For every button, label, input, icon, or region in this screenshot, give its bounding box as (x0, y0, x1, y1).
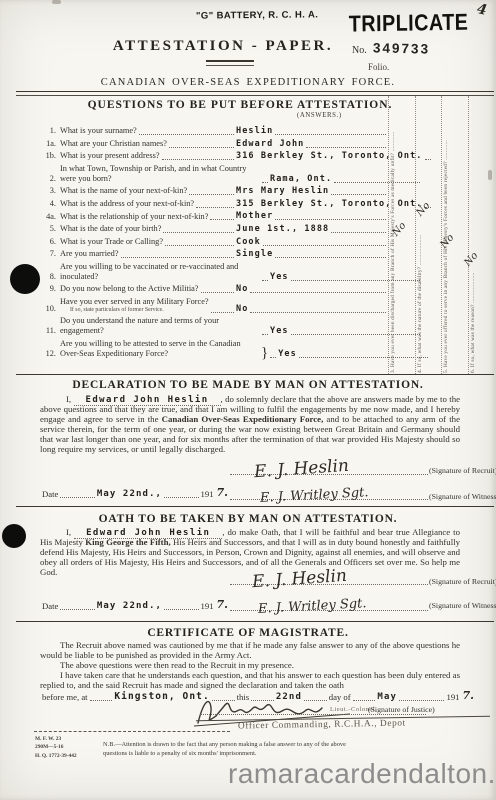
dotted-leader (90, 698, 113, 701)
section-rule (16, 374, 494, 375)
dotted-leader (250, 290, 386, 293)
recruit-signature-line: E. J. Heslin (230, 560, 428, 585)
dotted-leader (169, 145, 234, 148)
side-question: 6. If so, what was the reason? .........… (468, 96, 495, 374)
dotted-leader (331, 192, 386, 195)
witness-signature-line: E. J. Writley Sgt. (230, 588, 428, 611)
dotted-leader (263, 243, 386, 246)
dotted-leader (164, 607, 198, 610)
dotted-leader (189, 192, 234, 195)
answer-text: Cook (236, 237, 261, 247)
question-text: Do you understand the nature and terms o… (60, 316, 260, 336)
question-row: 2. In what Town, Township or Parish, and… (36, 164, 388, 184)
dotted-leader (275, 132, 386, 135)
question-number: 9. (36, 284, 60, 294)
folio-label: Folio. (368, 62, 389, 72)
question-row: 1b. What is your present address? 316 Be… (36, 151, 388, 161)
certificate-paragraphs: The Recruit above named was cautioned by… (40, 641, 460, 691)
nb-notice: N.B.—Attention is drawn to the fact that… (103, 741, 351, 758)
king-name-bold: King George the Fifth, (85, 537, 170, 547)
attestation-paper-scan: "G" BATTERY, R. C. H. A. TRIPLICATE 4 AT… (0, 0, 496, 800)
question-text: What is the address of your next-of-kin? (60, 199, 194, 209)
answer-cell: June 1st., 1888 (236, 224, 388, 234)
date-label: Date (42, 601, 58, 611)
year-digit-handwritten: 7. (463, 689, 474, 702)
question-text: What is your present address? (60, 151, 160, 161)
dotted-leader (165, 243, 234, 246)
question-number: 1. (36, 126, 60, 136)
question-row: 4. What is the address of your next-of-k… (36, 199, 388, 209)
answer-text: Heslin (236, 126, 273, 136)
section-rule (16, 506, 494, 507)
watermark-text: ramaracardendalton.com (228, 758, 496, 790)
answer-cell: 316 Berkley St., Toronto, Ont. (236, 151, 388, 161)
answer-cell: No (236, 284, 388, 294)
witness-signature: E. J. Writley Sgt. (260, 485, 369, 506)
answer-text: Yes (278, 349, 297, 359)
question-text-main: Have you ever served in any Military For… (60, 297, 209, 306)
recruit-signature-line: E. J. Heslin (230, 452, 428, 475)
triplicate-stamp: TRIPLICATE (349, 10, 469, 38)
dotted-leader (196, 205, 234, 208)
question-text: Are you willing to be attested to serve … (60, 339, 260, 359)
dotted-leader (250, 310, 386, 313)
force-name: CANADIAN OVER-SEAS EXPEDITIONARY FORCE. (0, 77, 496, 88)
scan-artifact (52, 0, 61, 4)
question-number: 11. (36, 326, 60, 336)
certificate-paragraph: I have taken care that he understands ea… (40, 671, 460, 691)
recruit-signature-label: (Signature of Recruit) (429, 577, 496, 586)
question-row: 9. Do you now belong to the Active Milit… (36, 284, 388, 294)
question-number: 5. (36, 224, 60, 234)
question-number: 2. (36, 174, 60, 184)
question-text: Do you now belong to the Active Militia? (60, 284, 199, 294)
form-code: H. Q. 1772-39-442 (35, 752, 77, 760)
question-row: 7. Are you married? Single (36, 249, 388, 259)
witness-signature-label: (Signature of Witness) (429, 601, 496, 610)
oath-date-row: Date May 22nd., 191 7. (42, 598, 228, 611)
question-number: 6. (36, 237, 60, 247)
dotted-leader (331, 230, 386, 233)
certificate-title: CERTIFICATE OF MAGISTRATE. (0, 627, 496, 639)
questions-list: 1. What is your surname? Heslin 1a. What… (36, 126, 388, 361)
answer-text: No (236, 284, 248, 294)
side-questions-column: 3. Have you ever been discharged from an… (388, 96, 494, 374)
dotted-leader (211, 310, 234, 313)
dotted-leader (60, 495, 94, 498)
dotted-leader (275, 217, 386, 220)
number-label: No. (352, 45, 367, 56)
answer-text: No (236, 304, 248, 314)
question-row: 8. Are you willing to be vaccinated or r… (36, 262, 388, 282)
answer-cell: Heslin (236, 126, 388, 136)
dotted-leader (201, 290, 235, 293)
serial-number-stamp: 349733 (373, 40, 430, 56)
dotted-leader (162, 157, 234, 160)
document-title: ATTESTATION - PAPER. (98, 38, 348, 55)
question-text: What is the date of your birth? (60, 224, 161, 234)
answer-text: Yes (270, 326, 289, 336)
answer-text: Edward John (236, 139, 304, 149)
dotted-leader (306, 145, 386, 148)
answer-cell: Cook (236, 237, 388, 247)
answer-text: Mother (236, 211, 273, 221)
answer-text: June 1st., 1888 (236, 224, 329, 234)
question-text: What is your surname? (60, 126, 137, 136)
question-text: In what Town, Township or Parish, and in… (60, 164, 260, 184)
question-text: Are you married? (60, 249, 119, 259)
declaration-intro: I, (66, 394, 71, 404)
question-row: 6. What is your Trade or Calling? Cook (36, 237, 388, 247)
before-me-label: before me, at (42, 692, 88, 702)
answer-cell: Single (236, 249, 388, 259)
punch-hole (2, 524, 26, 548)
answer-text: Mrs Mary Heslin (236, 186, 329, 196)
question-row: 3. What is the name of your next-of-kin?… (36, 186, 388, 196)
year-printed: 191 (201, 601, 214, 611)
brace-glyph: } (261, 348, 268, 359)
question-text: What is your Trade or Calling? (60, 237, 163, 247)
answer-cell: No (236, 304, 388, 314)
question-note: If so, state particulars of former Servi… (70, 307, 209, 314)
witness-signature: E. J. Writley Sgt. (258, 596, 367, 617)
question-number: 10. (36, 304, 60, 314)
question-text: What is the name of your next-of-kin? (60, 186, 187, 196)
certificate-paragraph: The Recruit above named was cautioned by… (40, 641, 460, 661)
declaration-date-row: Date May 22nd., 191 7. (42, 486, 228, 499)
force-name-bold: Canadian Over-Seas Expeditionary Force, (162, 414, 324, 424)
question-number: 3. (36, 186, 60, 196)
witness-signature-line: E. J. Writley Sgt. (230, 477, 428, 500)
date-typed: May 22nd., (97, 489, 162, 499)
year-digit-handwritten: 7. (217, 486, 228, 499)
justice-signature-label: (Signature of Justice) (368, 705, 435, 714)
question-row: 5. What is the date of your birth? June … (36, 224, 388, 234)
question-number: 7. (36, 249, 60, 259)
oath-title: OATH TO BE TAKEN BY MAN ON ATTESTATION. (0, 513, 496, 525)
answer-cell: Mrs Mary Heslin (236, 186, 388, 196)
dotted-leader (210, 217, 234, 220)
side-question-text: 6. If so, what was the reason? .........… (470, 97, 494, 373)
question-number: 4. (36, 199, 60, 209)
declaration-title: DECLARATION TO BE MADE BY MAN ON ATTESTA… (0, 379, 496, 391)
question-text: What are your Christian names? (60, 139, 167, 149)
date-label: Date (42, 489, 58, 499)
handwritten-corner-mark: 4 (475, 1, 488, 19)
section-rule (16, 621, 494, 622)
battery-unit-stamp: "G" BATTERY, R. C. H. A. (196, 9, 318, 21)
year-digit-handwritten: 7. (217, 598, 228, 611)
question-number: 8. (36, 272, 60, 282)
dotted-leader (60, 607, 94, 610)
question-number: 4a. (36, 212, 60, 222)
question-number: 1b. (36, 151, 60, 161)
answer-text: Single (236, 249, 273, 259)
title-ornament-rule (206, 60, 254, 66)
answer-cell: Mother (236, 211, 388, 221)
question-row: 12. Are you willing to be attested to se… (36, 339, 388, 359)
dotted-leader (163, 230, 234, 233)
dotted-leader (262, 180, 268, 183)
question-row: 10. Have you ever served in any Military… (36, 297, 388, 314)
question-row: 4a. What is the relationship of your nex… (36, 211, 388, 221)
side-question: 4. If so, what was the nature of the dis… (415, 96, 442, 374)
side-question-text: 4. If so, what was the nature of the dis… (417, 97, 441, 373)
form-codes: M. F. W. 23 290M—5-16 H. Q. 1772-39-442 (35, 735, 77, 760)
dotted-leader (275, 255, 386, 258)
question-text: Have you ever served in any Military For… (60, 297, 209, 314)
year-printed: 191 (201, 489, 214, 499)
question-number: 1a. (36, 139, 60, 149)
date-typed: May 22nd., (97, 601, 162, 611)
question-row: 11. Do you understand the nature and ter… (36, 316, 388, 336)
form-code: M. F. W. 23 (35, 735, 77, 743)
declaration-paragraph: I, Edward John Heslin, do solemnly decla… (40, 395, 460, 455)
dotted-leader (262, 278, 268, 281)
footer-dashed-rule (34, 731, 230, 732)
question-text: What is the relationship of your next-of… (60, 212, 208, 222)
answer-text: Yes (270, 272, 289, 282)
dotted-leader (121, 255, 234, 258)
recruit-signature-label: (Signature of Recruit) (429, 466, 496, 475)
oath-intro: I, (66, 527, 71, 537)
serial-number-row: No. 349733 (352, 41, 430, 56)
question-row: 1a. What are your Christian names? Edwar… (36, 139, 388, 149)
officer-commanding-stamp: Officer Commanding, R.C.H.A., Depot (238, 719, 406, 732)
answer-cell: Edward John (236, 139, 388, 149)
year-printed: 191 (446, 692, 459, 702)
dotted-leader (270, 355, 276, 358)
question-row: 1. What is your surname? Heslin (36, 126, 388, 136)
dotted-leader (164, 495, 198, 498)
answers-column-label: (ANSWERS.) (297, 112, 342, 119)
dotted-leader (139, 132, 234, 135)
witness-signature-label: (Signature of Witness) (429, 492, 496, 501)
questions-section-title: QUESTIONS TO BE PUT BEFORE ATTESTATION. (40, 99, 440, 111)
question-text: Are you willing to be vaccinated or re-v… (60, 262, 260, 282)
dotted-leader (262, 332, 268, 335)
form-code: 290M—5-16 (35, 743, 77, 751)
question-number: 12. (36, 349, 60, 359)
answer-text: Rama, Ont. (270, 174, 332, 184)
answer-cell: 315 Berkley St., Toronto, Ont. (236, 199, 388, 209)
